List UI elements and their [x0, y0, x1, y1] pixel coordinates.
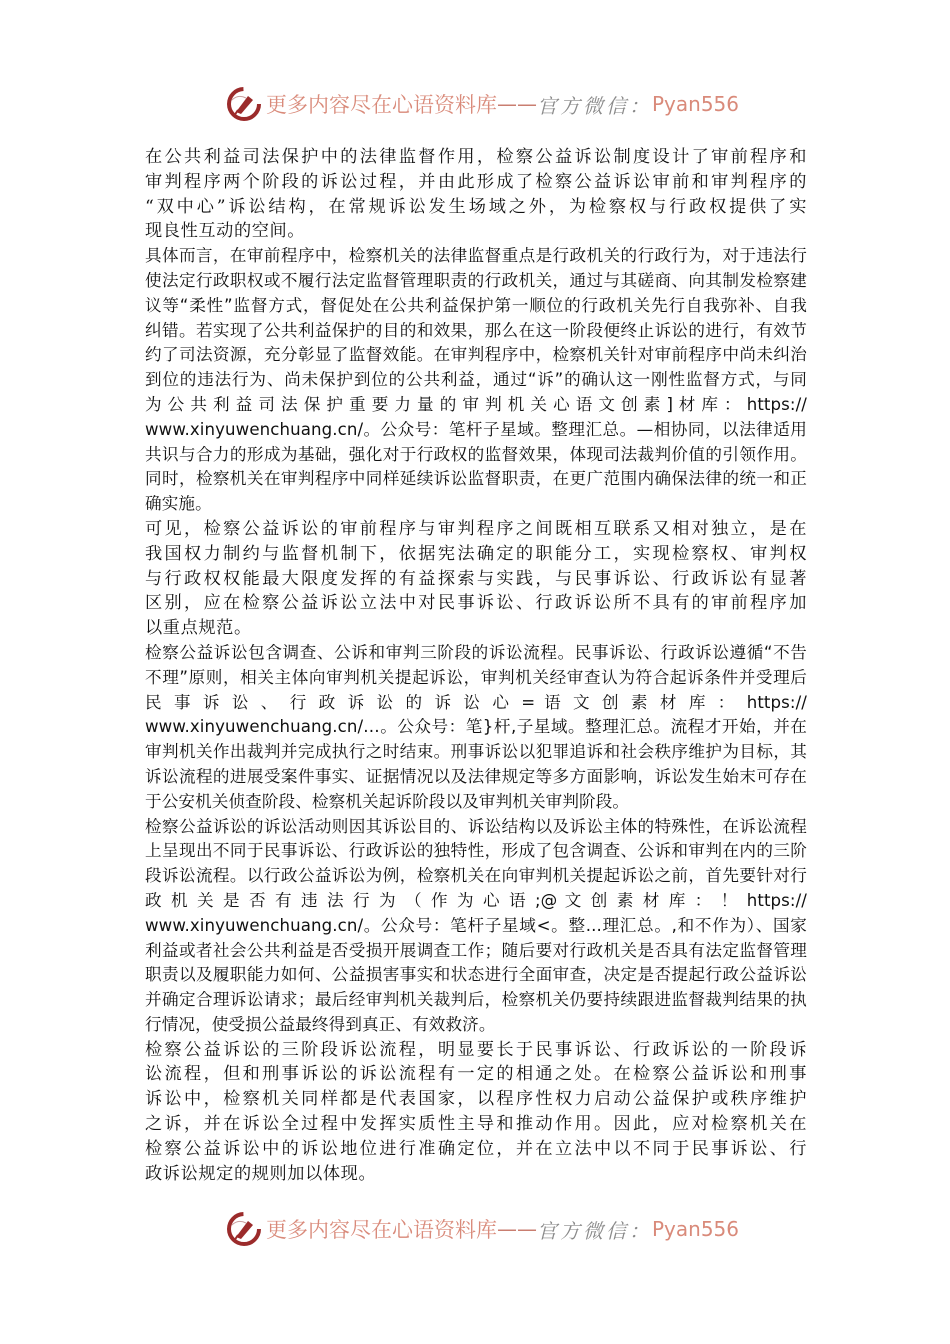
text-line: 讼流程，但和刑事诉讼的诉讼流程有一定的相通之处。在检察公益诉讼和刑事 [145, 1062, 807, 1087]
text-line: 具体而言，在审前程序中，检察机关的法律监督重点是行政机关的行政行为，对于违法行 [145, 244, 807, 269]
text-line: 于公安机关侦查阶段、检察机关起诉阶段以及审判机关审判阶段。 [145, 790, 807, 815]
footer-banner: 更多内容尽在心语资料库 —— 官方微信： Pyan556 [226, 1209, 726, 1249]
text-line: 我国权力制约与监督机制下，依据宪法确定的职能分工，实现检察权、审判权 [145, 542, 807, 567]
text-line: “双中心”诉讼结构，在常规诉讼发生场域之外，为检察权与行政权提供了实 [145, 195, 807, 220]
banner-main-text: 更多内容尽在心语资料库 [266, 89, 497, 119]
text-line: 可见，检察公益诉讼的审前程序与审判程序之间既相互联系又相对独立，是在 [145, 517, 807, 542]
text-line: 不理”原则，相关主体向审判机关提起诉讼，审判机关经审查认为符合起诉条件并受理后 [145, 666, 807, 691]
text-line: 确实施。 [145, 492, 807, 517]
text-line: www.xinyuwenchuang.cn/。公众号：笔杆子星域。整理汇总。—相… [145, 418, 807, 443]
paragraph-6: 检察公益诉讼的三阶段诉讼流程，明显要长于民事诉讼、行政诉讼的一阶段诉 讼流程，但… [145, 1038, 807, 1187]
banner-main-text: 更多内容尽在心语资料库 [266, 1214, 497, 1244]
banner-wechat-id: Pyan556 [652, 1217, 739, 1241]
header-banner: 更多内容尽在心语资料库 —— 官方微信： Pyan556 [226, 84, 726, 124]
text-line: 为 公 共 利 益 司 法 保 护 重 要 力 量 的 审 判 机 关 心 语 … [145, 393, 807, 418]
text-line: 共识与合力的形成为基础，强化对于行政权的监督效果，体现司法裁判价值的引领作用。 [145, 443, 807, 468]
text-line: 民 事 诉 讼 、 行 政 诉 讼 的 诉 讼 心 = 语 文 创 素 材 库 … [145, 691, 807, 716]
text-line: 议等“柔性”监督方式，督促处在公共利益保护第一顺位的行政机关先行自我弥补、自我 [145, 294, 807, 319]
text-line: 检察公益诉讼的诉讼活动则因其诉讼目的、诉讼结构以及诉讼主体的特殊性，在诉讼流程 [145, 815, 807, 840]
text-line: 检察公益诉讼中的诉讼地位进行准确定位，并在立法中以不同于民事诉讼、行 [145, 1137, 807, 1162]
text-line: 检察公益诉讼的三阶段诉讼流程，明显要长于民事诉讼、行政诉讼的一阶段诉 [145, 1038, 807, 1063]
text-line: 检察公益诉讼包含调查、公诉和审判三阶段的诉讼流程。民事诉讼、行政诉讼遵循“不告 [145, 641, 807, 666]
text-line: 审判机关作出裁判并完成执行之时结束。刑事诉讼以犯罪追诉和社会秩序维护为目标，其 [145, 740, 807, 765]
text-line: www.xinyuwenchuang.cn/…。公众号：笔}杆,子星域。整理汇总… [145, 715, 807, 740]
text-line: 同时，检察机关在审判程序中同样延续诉讼监督职责，在更广范围内确保法律的统一和正 [145, 467, 807, 492]
text-line: 约了司法资源，充分彰显了监督效能。在审判程序中，检察机关针对审前程序中尚未纠治 [145, 343, 807, 368]
banner-dash: —— [497, 1217, 537, 1241]
document-body: 在公共利益司法保护中的法律监督作用，检察公益诉讼制度设计了审前程序和 审判程序两… [145, 145, 807, 1186]
paragraph-3: 可见，检察公益诉讼的审前程序与审判程序之间既相互联系又相对独立，是在 我国权力制… [145, 517, 807, 641]
text-line: 使法定行政职权或不履行法定监督管理职责的行政机关，通过与其磋商、向其制发检察建 [145, 269, 807, 294]
text-line: 在公共利益司法保护中的法律监督作用，检察公益诉讼制度设计了审前程序和 [145, 145, 807, 170]
text-line: 之诉，并在诉讼全过程中发挥实质性主导和推动作用。因此，应对检察机关在 [145, 1112, 807, 1137]
text-line: 诉讼中，检察机关同样都是代表国家，以程序性权力启动公益保护或秩序维护 [145, 1087, 807, 1112]
text-line: 现良性互动的空间。 [145, 219, 807, 244]
banner-dash: —— [497, 92, 537, 116]
text-line: 以重点规范。 [145, 616, 807, 641]
text-line: 审判程序两个阶段的诉讼过程，并由此形成了检察公益诉讼审前和审判程序的 [145, 170, 807, 195]
text-line: 到位的违法行为、尚未保护到位的公共利益，通过“诉”的确认这一刚性监督方式，与同 [145, 368, 807, 393]
text-line: 诉讼流程的进展受案件事实、证据情况以及法律规定等多方面影响，诉讼发生始末可存在 [145, 765, 807, 790]
text-line: 区别，应在检察公益诉讼立法中对民事诉讼、行政诉讼所不具有的审前程序加 [145, 591, 807, 616]
text-line: 职责以及履职能力如何、公益损害事实和状态进行全面审查，决定是否提起行政公益诉讼 [145, 963, 807, 988]
text-line: 行情况，使受损公益最终得到真正、有效救济。 [145, 1013, 807, 1038]
text-line: 并确定合理诉讼请求；最后经审判机关裁判后，检察机关仍要持续跟进监督裁判结果的执 [145, 988, 807, 1013]
banner-wechat-id: Pyan556 [652, 92, 739, 116]
quill-pen-logo-icon [226, 1211, 262, 1247]
text-line: 纠错。若实现了公共利益保护的目的和效果，那么在这一阶段便终止诉讼的进行，有效节 [145, 319, 807, 344]
text-line: www.xinyuwenchuang.cn/。公众号：笔杆子星域<。整...理汇… [145, 914, 807, 939]
paragraph-2: 具体而言，在审前程序中，检察机关的法律监督重点是行政机关的行政行为，对于违法行 … [145, 244, 807, 517]
paragraph-1: 在公共利益司法保护中的法律监督作用，检察公益诉讼制度设计了审前程序和 审判程序两… [145, 145, 807, 244]
text-line: 政 机 关 是 否 有 违 法 行 为 （ 作 为 心 语 ;@ 文 创 素 材… [145, 889, 807, 914]
quill-pen-logo-icon [226, 86, 262, 122]
text-line: 政诉讼规定的规则加以体现。 [145, 1162, 807, 1187]
paragraph-5: 检察公益诉讼的诉讼活动则因其诉讼目的、诉讼结构以及诉讼主体的特殊性，在诉讼流程 … [145, 815, 807, 1038]
banner-official-label: 官方微信： [537, 1215, 652, 1244]
text-line: 段诉讼流程。以行政公益诉讼为例，检察机关在向审判机关提起诉讼之前，首先要针对行 [145, 864, 807, 889]
banner-official-label: 官方微信： [537, 90, 652, 119]
text-line: 上呈现出不同于民事诉讼、行政诉讼的独特性，形成了包含调查、公诉和审判在内的三阶 [145, 839, 807, 864]
text-line: 与行政权权能最大限度发挥的有益探索与实践，与民事诉讼、行政诉讼有显著 [145, 567, 807, 592]
paragraph-4: 检察公益诉讼包含调查、公诉和审判三阶段的诉讼流程。民事诉讼、行政诉讼遵循“不告 … [145, 641, 807, 815]
text-line: 利益或者社会公共利益是否受损开展调查工作；随后要对行政机关是否具有法定监督管理 [145, 939, 807, 964]
